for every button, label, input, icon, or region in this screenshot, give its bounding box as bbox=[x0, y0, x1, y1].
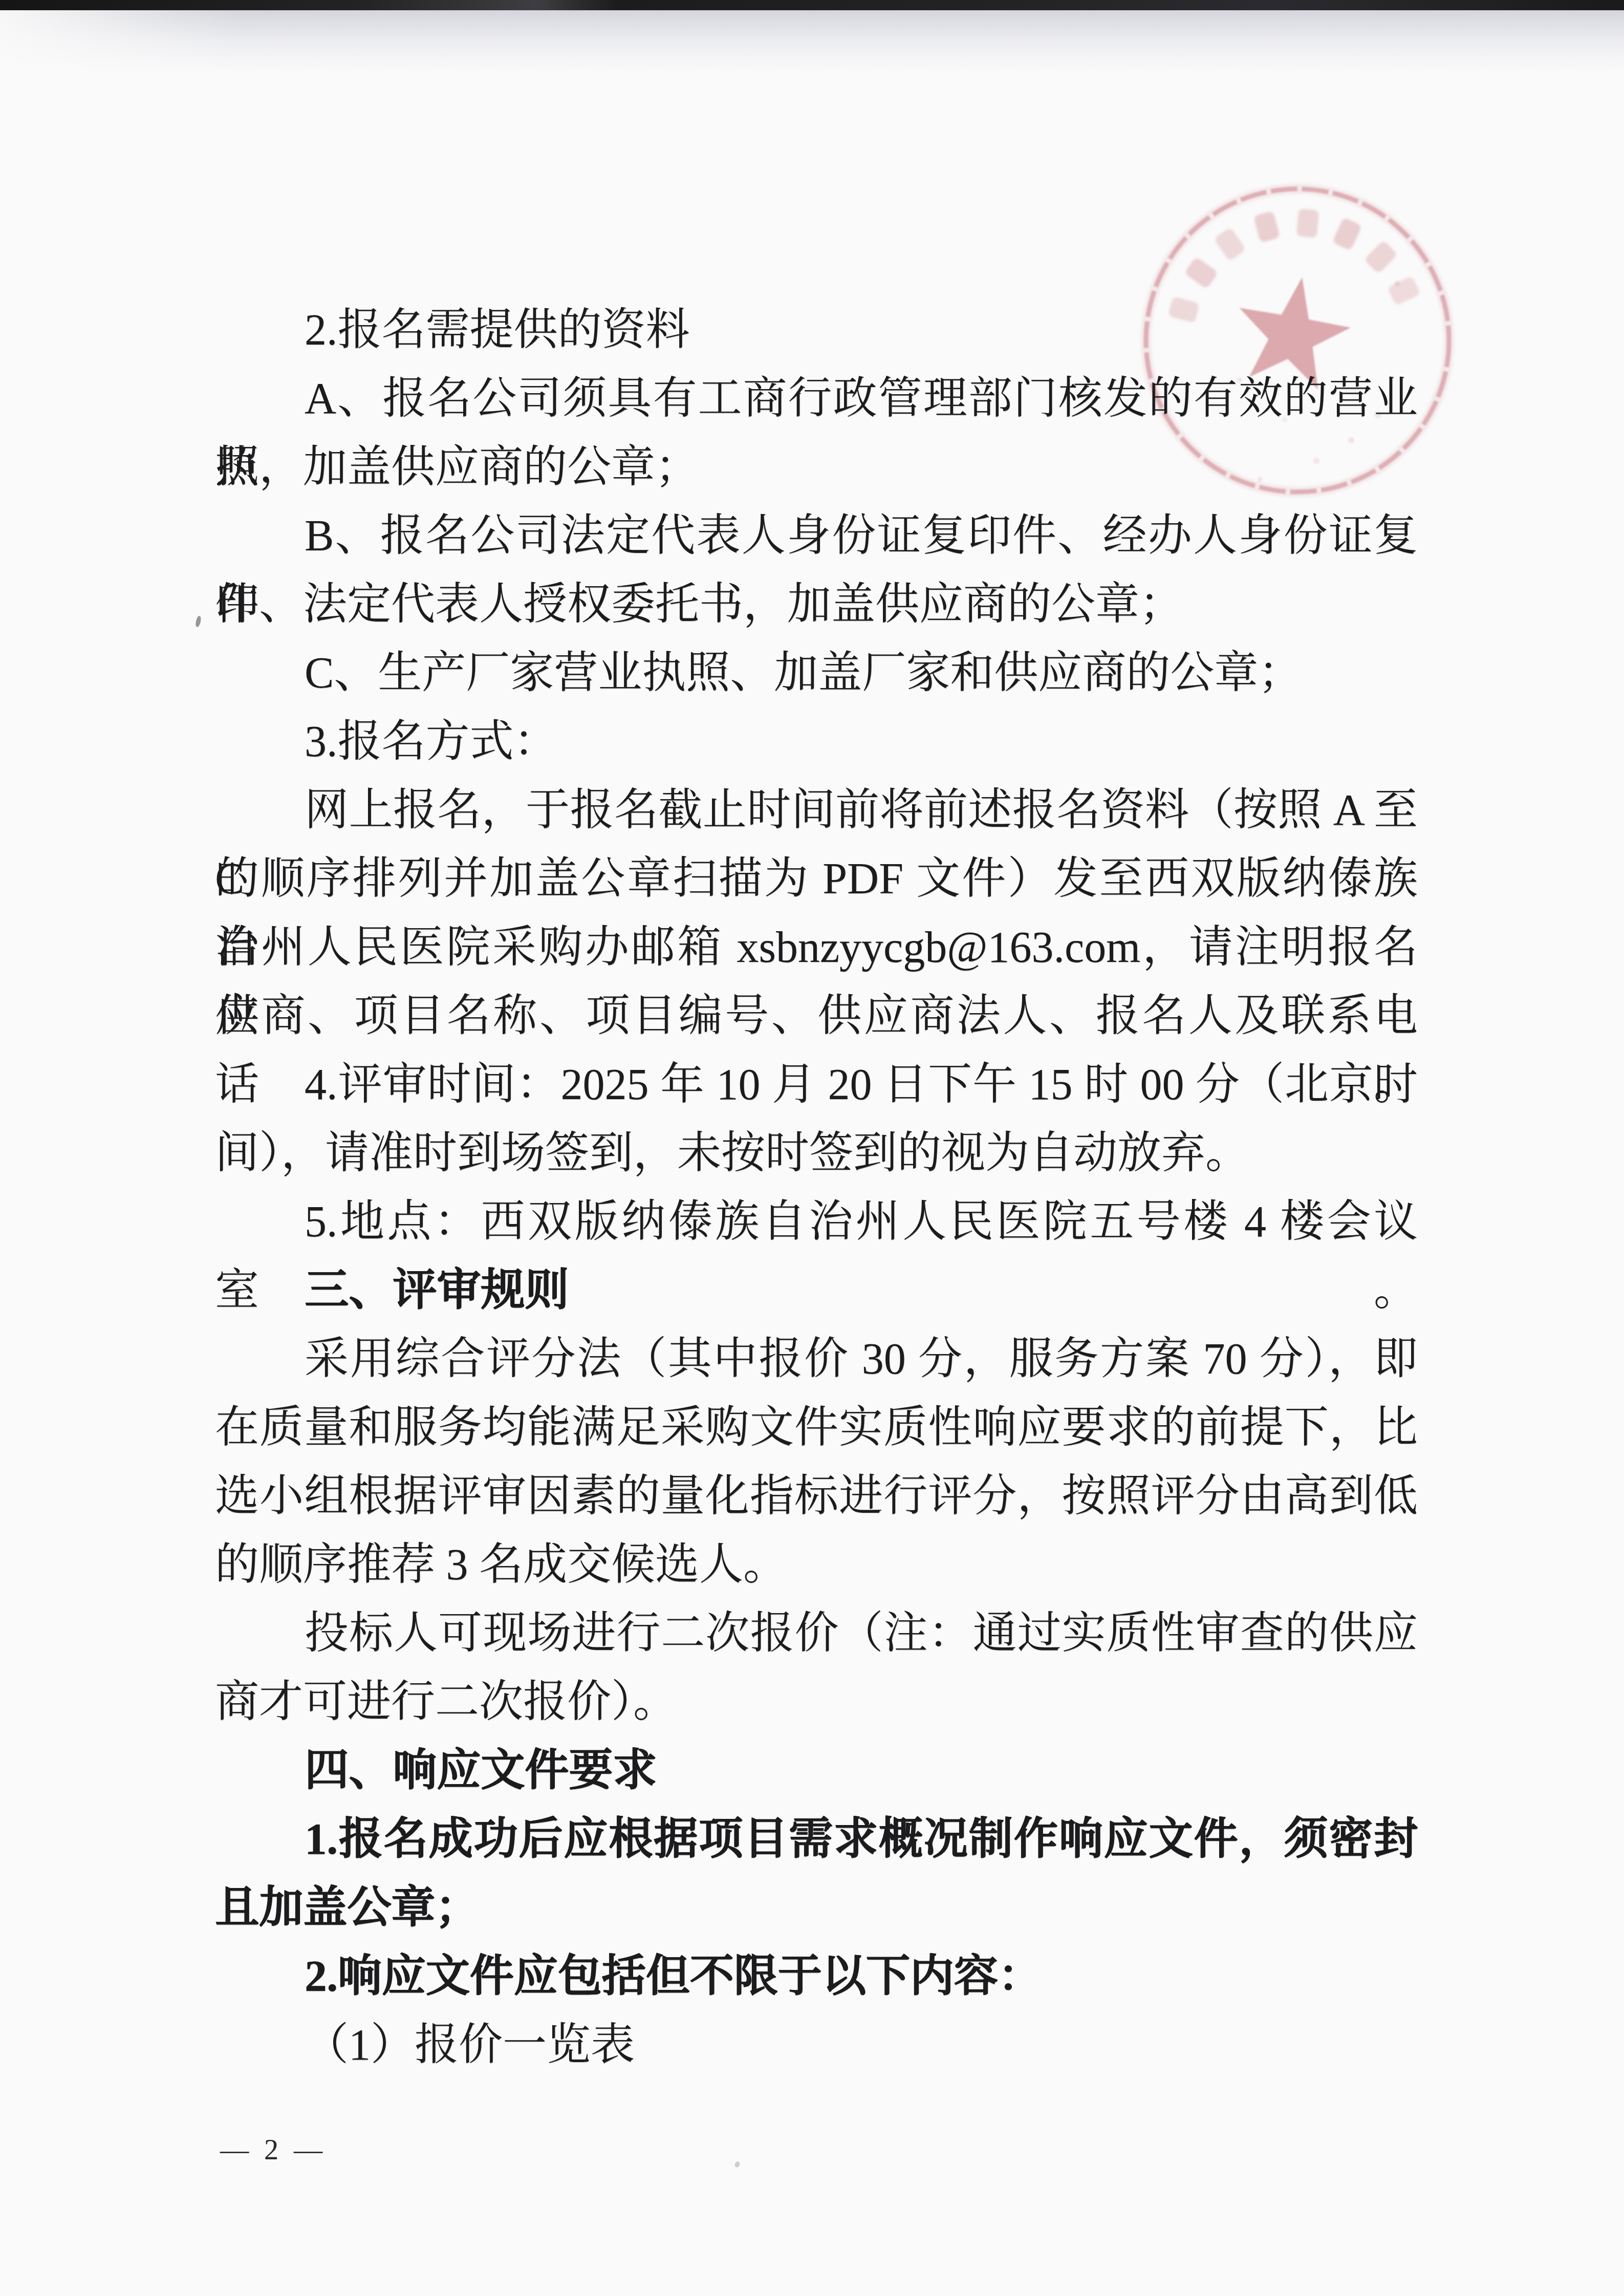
text-line: 选小组根据评审因素的量化指标进行评分，按照评分由高到低 bbox=[215, 1462, 1418, 1530]
text-line: 件、法定代表人授权委托书，加盖供应商的公章； bbox=[215, 570, 1418, 638]
scan-speck bbox=[194, 615, 202, 628]
scan-gradient-band bbox=[0, 10, 1624, 92]
text-line: 投标人可现场进行二次报价（注：通过实质性审查的供应 bbox=[215, 1599, 1418, 1667]
scanned-document-page: 2.报名需提供的资料A、报名公司须具有工商行政管理部门核发的有效的营业执照，加盖… bbox=[0, 0, 1624, 2296]
text-line: 采用综合评分法（其中报价 30 分，服务方案 70 分），即 bbox=[215, 1324, 1418, 1393]
text-line: 间），请准时到场签到，未按时签到的视为自动放弃。 bbox=[215, 1119, 1418, 1187]
scan-speck bbox=[734, 2161, 741, 2169]
text-line: B、报名公司法定代表人身份证复印件、经办人身份证复印 bbox=[215, 501, 1418, 570]
text-line: 5.地点：西双版纳傣族自治州人民医院五号楼 4 楼会议室。 bbox=[215, 1187, 1418, 1256]
text-line: C、生产厂家营业执照、加盖厂家和供应商的公章； bbox=[215, 638, 1418, 707]
text-line: 3.报名方式： bbox=[215, 707, 1418, 776]
text-line: 网上报名，于报名截止时间前将前述报名资料（按照 A 至 C bbox=[215, 776, 1418, 844]
text-line: A、报名公司须具有工商行政管理部门核发的有效的营业执 bbox=[215, 364, 1418, 433]
scan-gradient-band-fade bbox=[0, 10, 235, 92]
text-line: 2.响应文件应包括但不限于以下内容： bbox=[215, 1942, 1418, 2010]
text-line: 2.报名需提供的资料 bbox=[215, 295, 1418, 364]
text-line: 商才可进行二次报价）。 bbox=[215, 1667, 1418, 1736]
text-line: 照，加盖供应商的公章； bbox=[215, 433, 1418, 501]
text-line: 的顺序推荐 3 名成交候选人。 bbox=[215, 1530, 1418, 1599]
text-line: （1）报价一览表 bbox=[215, 2010, 1418, 2079]
text-line: 1.报名成功后应根据项目需求概况制作响应文件，须密封 bbox=[215, 1805, 1418, 1873]
text-line: 应商、项目名称、项目编号、供应商法人、报名人及联系电话。 bbox=[215, 981, 1418, 1050]
text-line: 4.评审时间：2025 年 10 月 20 日下午 15 时 00 分（北京时 bbox=[215, 1050, 1418, 1119]
text-line: 且加盖公章； bbox=[215, 1873, 1418, 1942]
text-line: 的顺序排列并加盖公章扫描为 PDF 文件）发至西双版纳傣族自 bbox=[215, 844, 1418, 913]
text-line: 治州人民医院采购办邮箱 xsbnzyycgb@163.com，请注明报名供 bbox=[215, 913, 1418, 981]
text-line: 在质量和服务均能满足采购文件实质性响应要求的前提下，比 bbox=[215, 1393, 1418, 1462]
document-body: 2.报名需提供的资料A、报名公司须具有工商行政管理部门核发的有效的营业执照，加盖… bbox=[215, 295, 1418, 2079]
text-line: 四、响应文件要求 bbox=[215, 1736, 1418, 1805]
scan-edge-artifact bbox=[0, 0, 1624, 10]
page-number: — 2 — bbox=[220, 2134, 327, 2166]
